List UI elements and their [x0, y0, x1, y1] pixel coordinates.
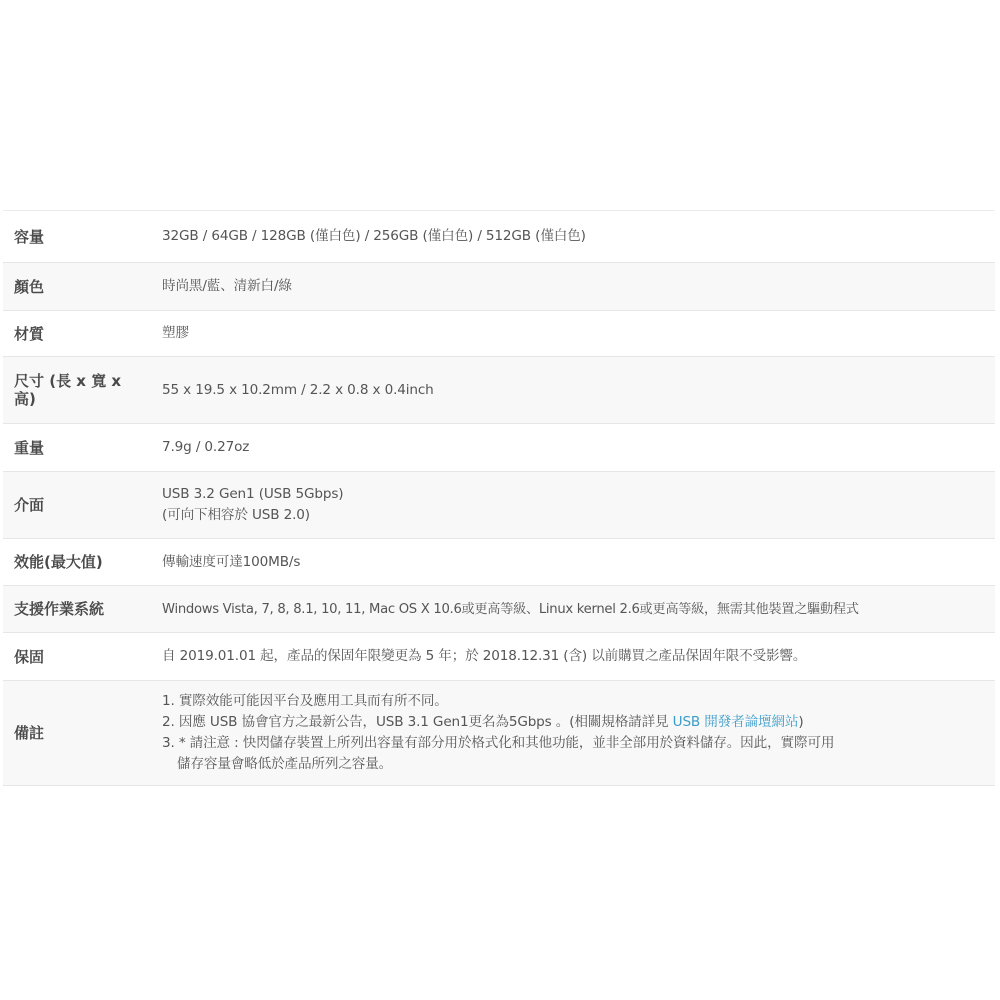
note-number: 2.	[162, 712, 175, 733]
spec-row-performance: 效能(最大值) 傳輸速度可達100MB/s	[3, 539, 995, 586]
spec-value: USB 3.2 Gen1 (USB 5Gbps) (可向下相容於 USB 2.0…	[162, 484, 995, 526]
spec-row-dimensions: 尺寸 (長 x 寬 x 高) 55 x 19.5 x 10.2mm / 2.2 …	[3, 357, 995, 424]
note-text: * 請注意 : 快閃儲存裝置上所列出容量有部分用於格式化和其他功能，並非全部用於…	[179, 735, 834, 751]
spec-label: 介面	[3, 496, 162, 514]
note-number: 1.	[162, 691, 175, 712]
note-text: 實際效能可能因平台及應用工具而有所不同。	[179, 693, 448, 709]
spec-value-line: USB 3.2 Gen1 (USB 5Gbps)	[162, 484, 985, 505]
spec-value: 自 2019.01.01 起，產品的保固年限變更為 5 年；於 2018.12.…	[162, 646, 995, 667]
note-number: 3.	[162, 733, 175, 754]
note-item: 2. 因應 USB 協會官方之最新公告，USB 3.1 Gen1更名為5Gbps…	[162, 712, 985, 733]
spec-value: Windows Vista, 7, 8, 8.1, 10, 11, Mac OS…	[162, 599, 995, 620]
spec-label: 材質	[3, 325, 162, 343]
spec-row-interface: 介面 USB 3.2 Gen1 (USB 5Gbps) (可向下相容於 USB …	[3, 472, 995, 539]
usb-developer-forum-link[interactable]: USB 開發者論壇網站	[673, 714, 799, 730]
spec-row-material: 材質 塑膠	[3, 311, 995, 357]
spec-value: 55 x 19.5 x 10.2mm / 2.2 x 0.8 x 0.4inch	[162, 380, 995, 401]
spec-value: 時尚黑/藍、清新白/綠	[162, 276, 995, 297]
spec-value: 1. 實際效能可能因平台及應用工具而有所不同。 2. 因應 USB 協會官方之最…	[162, 691, 995, 775]
note-text: )	[798, 714, 803, 730]
spec-value: 7.9g / 0.27oz	[162, 437, 995, 458]
spec-label: 支援作業系統	[3, 600, 162, 618]
spec-row-weight: 重量 7.9g / 0.27oz	[3, 424, 995, 472]
spec-label: 顏色	[3, 278, 162, 296]
spec-value-line: (可向下相容於 USB 2.0)	[162, 505, 985, 526]
spec-row-color: 顏色 時尚黑/藍、清新白/綠	[3, 263, 995, 311]
spec-row-capacity: 容量 32GB / 64GB / 128GB (僅白色) / 256GB (僅白…	[3, 211, 995, 263]
spec-row-notes: 備註 1. 實際效能可能因平台及應用工具而有所不同。 2. 因應 USB 協會官…	[3, 681, 995, 786]
spec-label: 重量	[3, 439, 162, 457]
spec-label: 尺寸 (長 x 寬 x 高)	[3, 372, 162, 408]
note-continuation: 儲存容量會略低於產品所列之容量。	[162, 754, 985, 775]
spec-label: 備註	[3, 724, 162, 742]
spec-label: 效能(最大值)	[3, 553, 162, 571]
spec-label: 保固	[3, 648, 162, 666]
spec-row-warranty: 保固 自 2019.01.01 起，產品的保固年限變更為 5 年；於 2018.…	[3, 633, 995, 681]
spec-table: 容量 32GB / 64GB / 128GB (僅白色) / 256GB (僅白…	[3, 210, 995, 786]
note-item: 3. * 請注意 : 快閃儲存裝置上所列出容量有部分用於格式化和其他功能，並非全…	[162, 733, 985, 775]
spec-value: 32GB / 64GB / 128GB (僅白色) / 256GB (僅白色) …	[162, 226, 995, 247]
note-text: 因應 USB 協會官方之最新公告，USB 3.1 Gen1更名為5Gbps 。(…	[179, 714, 673, 730]
spec-row-os-support: 支援作業系統 Windows Vista, 7, 8, 8.1, 10, 11,…	[3, 586, 995, 633]
spec-value: 塑膠	[162, 323, 995, 344]
spec-label: 容量	[3, 228, 162, 246]
notes-list: 1. 實際效能可能因平台及應用工具而有所不同。 2. 因應 USB 協會官方之最…	[162, 691, 985, 775]
spec-value: 傳輸速度可達100MB/s	[162, 552, 995, 573]
page: 容量 32GB / 64GB / 128GB (僅白色) / 256GB (僅白…	[0, 0, 1000, 1000]
note-item: 1. 實際效能可能因平台及應用工具而有所不同。	[162, 691, 985, 712]
